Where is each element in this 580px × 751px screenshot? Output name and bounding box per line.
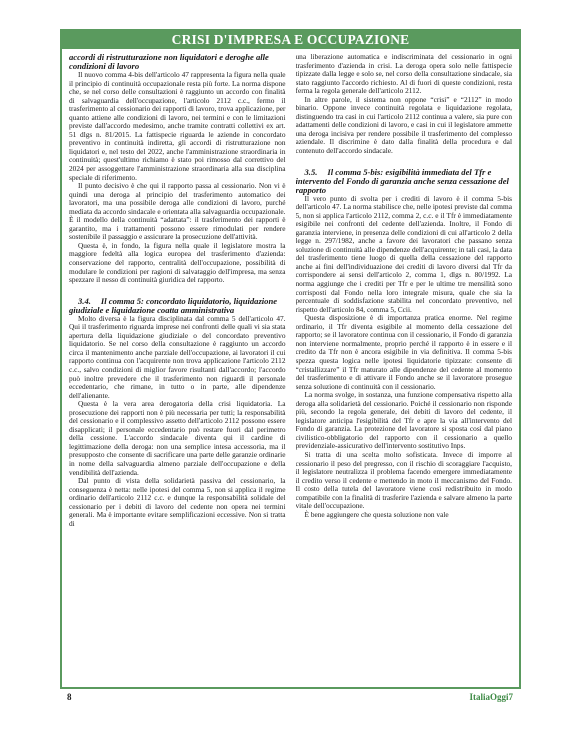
publication-logo: ItaliaOggi7 xyxy=(469,692,513,702)
section-title: Il comma 5-bis: esigibilità immediata de… xyxy=(296,167,509,195)
article-columns: accordi di ristrutturazione non liquidat… xyxy=(69,53,512,685)
paragraph: Molto diversa è la figura disciplinata d… xyxy=(69,315,286,400)
paragraph: È bene aggiungere che questa soluzione n… xyxy=(296,511,513,520)
paragraph: Dal punto di vista della solidarietà pas… xyxy=(69,477,286,528)
paragraph: una liberazione automatica e indiscrimin… xyxy=(296,53,513,96)
section-title: Il comma 5: concordato liquidatorio, liq… xyxy=(69,296,277,315)
section-heading-3-4: 3.4.Il comma 5: concordato liquidatorio,… xyxy=(69,297,286,315)
paragraph: Questa è la vera area derogatoria della … xyxy=(69,400,286,477)
paragraph: In altre parole, il sistema non oppone “… xyxy=(296,96,513,156)
paragraph: Questa disposizione è di importanza prat… xyxy=(296,314,513,391)
right-column: una liberazione automatica e indiscrimin… xyxy=(296,53,513,685)
paragraph: Il vero punto di svolta per i crediti di… xyxy=(296,195,513,315)
paragraph: Si tratta di una scelta molto sofisticat… xyxy=(296,451,513,511)
page-number: 8 xyxy=(67,692,72,702)
continued-heading: accordi di ristrutturazione non liquidat… xyxy=(69,53,286,71)
section-heading-3-5: 3.5.Il comma 5-bis: esigibilità immediat… xyxy=(296,168,513,195)
left-column: accordi di ristrutturazione non liquidat… xyxy=(69,53,286,685)
paragraph: Questa è, in fondo, la figura nella qual… xyxy=(69,242,286,285)
section-header: CRISI D'IMPRESA E OCCUPAZIONE xyxy=(62,31,519,49)
article-box: CRISI D'IMPRESA E OCCUPAZIONE accordi di… xyxy=(60,29,521,689)
paragraph: Il punto decisivo è che qui il rapporto … xyxy=(69,182,286,242)
paragraph: Il nuovo comma 4-bis dell'articolo 47 ra… xyxy=(69,71,286,182)
paragraph: La norma svolge, in sostanza, una funzio… xyxy=(296,391,513,451)
